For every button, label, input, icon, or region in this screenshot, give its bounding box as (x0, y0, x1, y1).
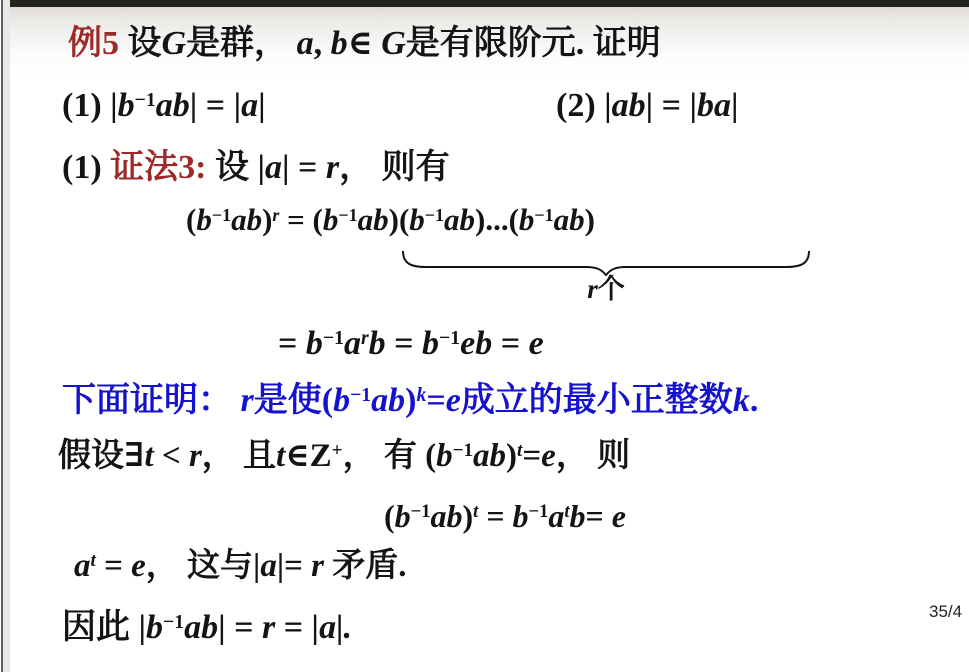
underbrace (400, 250, 812, 276)
equation-simplify: = b−1arb = b−1eb = e (278, 324, 544, 363)
slide-top-bar (10, 0, 969, 7)
equation-expansion: (b−1ab)r = (b−1ab)(b−1ab)...(b−1ab) (186, 202, 595, 238)
claim-1: (1) |b−1ab| = |a| (62, 86, 266, 125)
underbrace-label: r个 (400, 274, 812, 305)
window-edge-gutter (3, 0, 10, 672)
assumption-line: 假设∃t < r， 且t∈Z+， 有 (b−1ab)t=e， 则 (58, 438, 630, 476)
equation-compute: (b−1ab)t = b−1atb= e (384, 498, 626, 535)
example-heading: 例5 设G是群， a, b∈ G是有限阶元. 证明 (68, 24, 661, 63)
slide: 例5 设G是群， a, b∈ G是有限阶元. 证明 (1) |b−1ab| = … (10, 0, 969, 672)
proof-method-line: (1) 证法3: 设 |a| = r， 则有 (62, 148, 450, 187)
claim-2: (2) |ab| = |ba| (556, 86, 739, 125)
goal-statement: 下面证明： r是使(b−1ab)k=e成立的最小正整数k. (62, 381, 758, 420)
contradiction-line: at = e， 这与|a|= r 矛盾. (74, 548, 407, 586)
conclusion-line: 因此 |b−1ab| = r = |a|. (62, 608, 352, 647)
page-number: 35/4 (929, 602, 962, 622)
